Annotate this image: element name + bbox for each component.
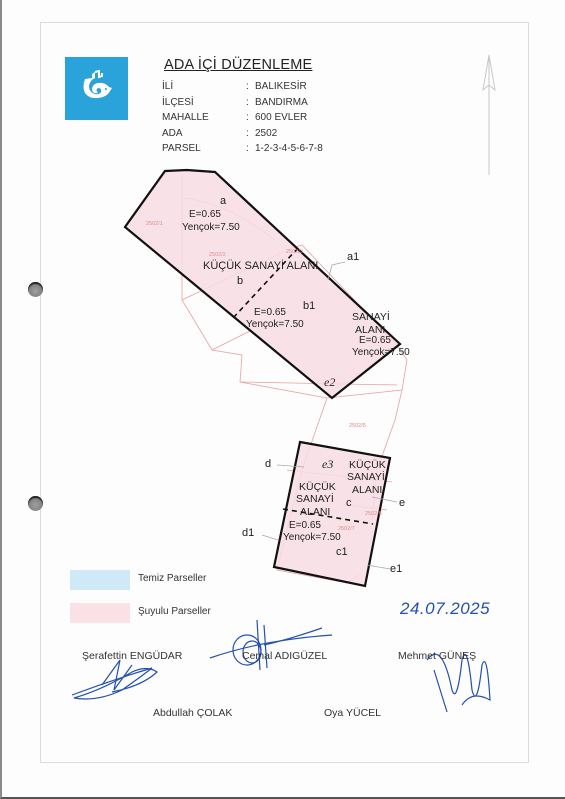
label-e2: e2 [324, 375, 335, 389]
parcel-map: 2502/1 2502/2 2502/3 2502/5 2502/6 2502/… [2, 0, 565, 799]
parcel-id-label: 2502/5 [349, 423, 366, 429]
label-a: a [220, 195, 227, 207]
coef-e: E=0.65 [189, 209, 221, 220]
zone-label-right: SANAYİ [352, 310, 390, 323]
coef-yencok: Yençok=7.50 [246, 319, 304, 330]
label-d1: d1 [242, 527, 254, 539]
parcel-id-label: 2502/6 [365, 511, 382, 517]
zone-left-line: KÜÇÜK [299, 481, 336, 493]
signatory-name: Cemal ADIGÜZEL [242, 650, 327, 662]
north-arrow-icon [483, 55, 495, 175]
label-e1: e1 [390, 563, 402, 575]
signatory-name: Mehmet GÜNEŞ [398, 650, 476, 662]
signatory-name: Abdullah ÇOLAK [153, 707, 232, 719]
signature-date: 24.07.2025 [400, 599, 490, 619]
zone-left-line: SANAYİ [296, 492, 334, 505]
zone-right-line: SANAYİ [347, 470, 385, 483]
label-c: c [346, 497, 352, 509]
coef-e: E=0.65 [254, 307, 286, 318]
document-sheet: ADA İÇİ DÜZENLEME İLİ:BALIKESİR İLÇESİ:B… [0, 0, 565, 799]
parcel-id-label: 2502/1 [146, 221, 163, 227]
label-c1: c1 [336, 546, 348, 558]
coef-e: E=0.65 [289, 520, 321, 531]
coef-e: E=0.65 [359, 335, 391, 346]
parcel-id-label: 2502/2 [209, 252, 226, 258]
legend-swatch [70, 603, 130, 623]
parcel-id-label: 2502/3 [286, 249, 303, 255]
legend-swatch [70, 570, 130, 590]
zone-right-line: KÜÇÜK [349, 459, 386, 471]
upper-block-polygon [125, 170, 400, 398]
zone-label: KÜÇÜK SANAYİ ALANI [203, 259, 318, 272]
label-d: d [265, 458, 271, 470]
signatory-name: Oya YÜCEL [324, 707, 381, 719]
label-b1: b1 [303, 300, 315, 312]
label-a1: a1 [347, 251, 359, 263]
label-e3: e3 [322, 457, 333, 471]
coef-yencok: Yençok=7.50 [283, 532, 341, 543]
signature-scribbles [72, 620, 490, 712]
coef-yencok: Yençok=7.50 [352, 347, 410, 358]
label-e: e [399, 497, 405, 509]
coef-yencok: Yençok=7.50 [182, 222, 240, 233]
signatory-name: Şerafettin ENGÜDAR [82, 650, 182, 662]
zone-left-line: ALANI [300, 506, 330, 518]
label-b: b [237, 275, 243, 287]
zone-right-line: ALANI [352, 484, 382, 496]
